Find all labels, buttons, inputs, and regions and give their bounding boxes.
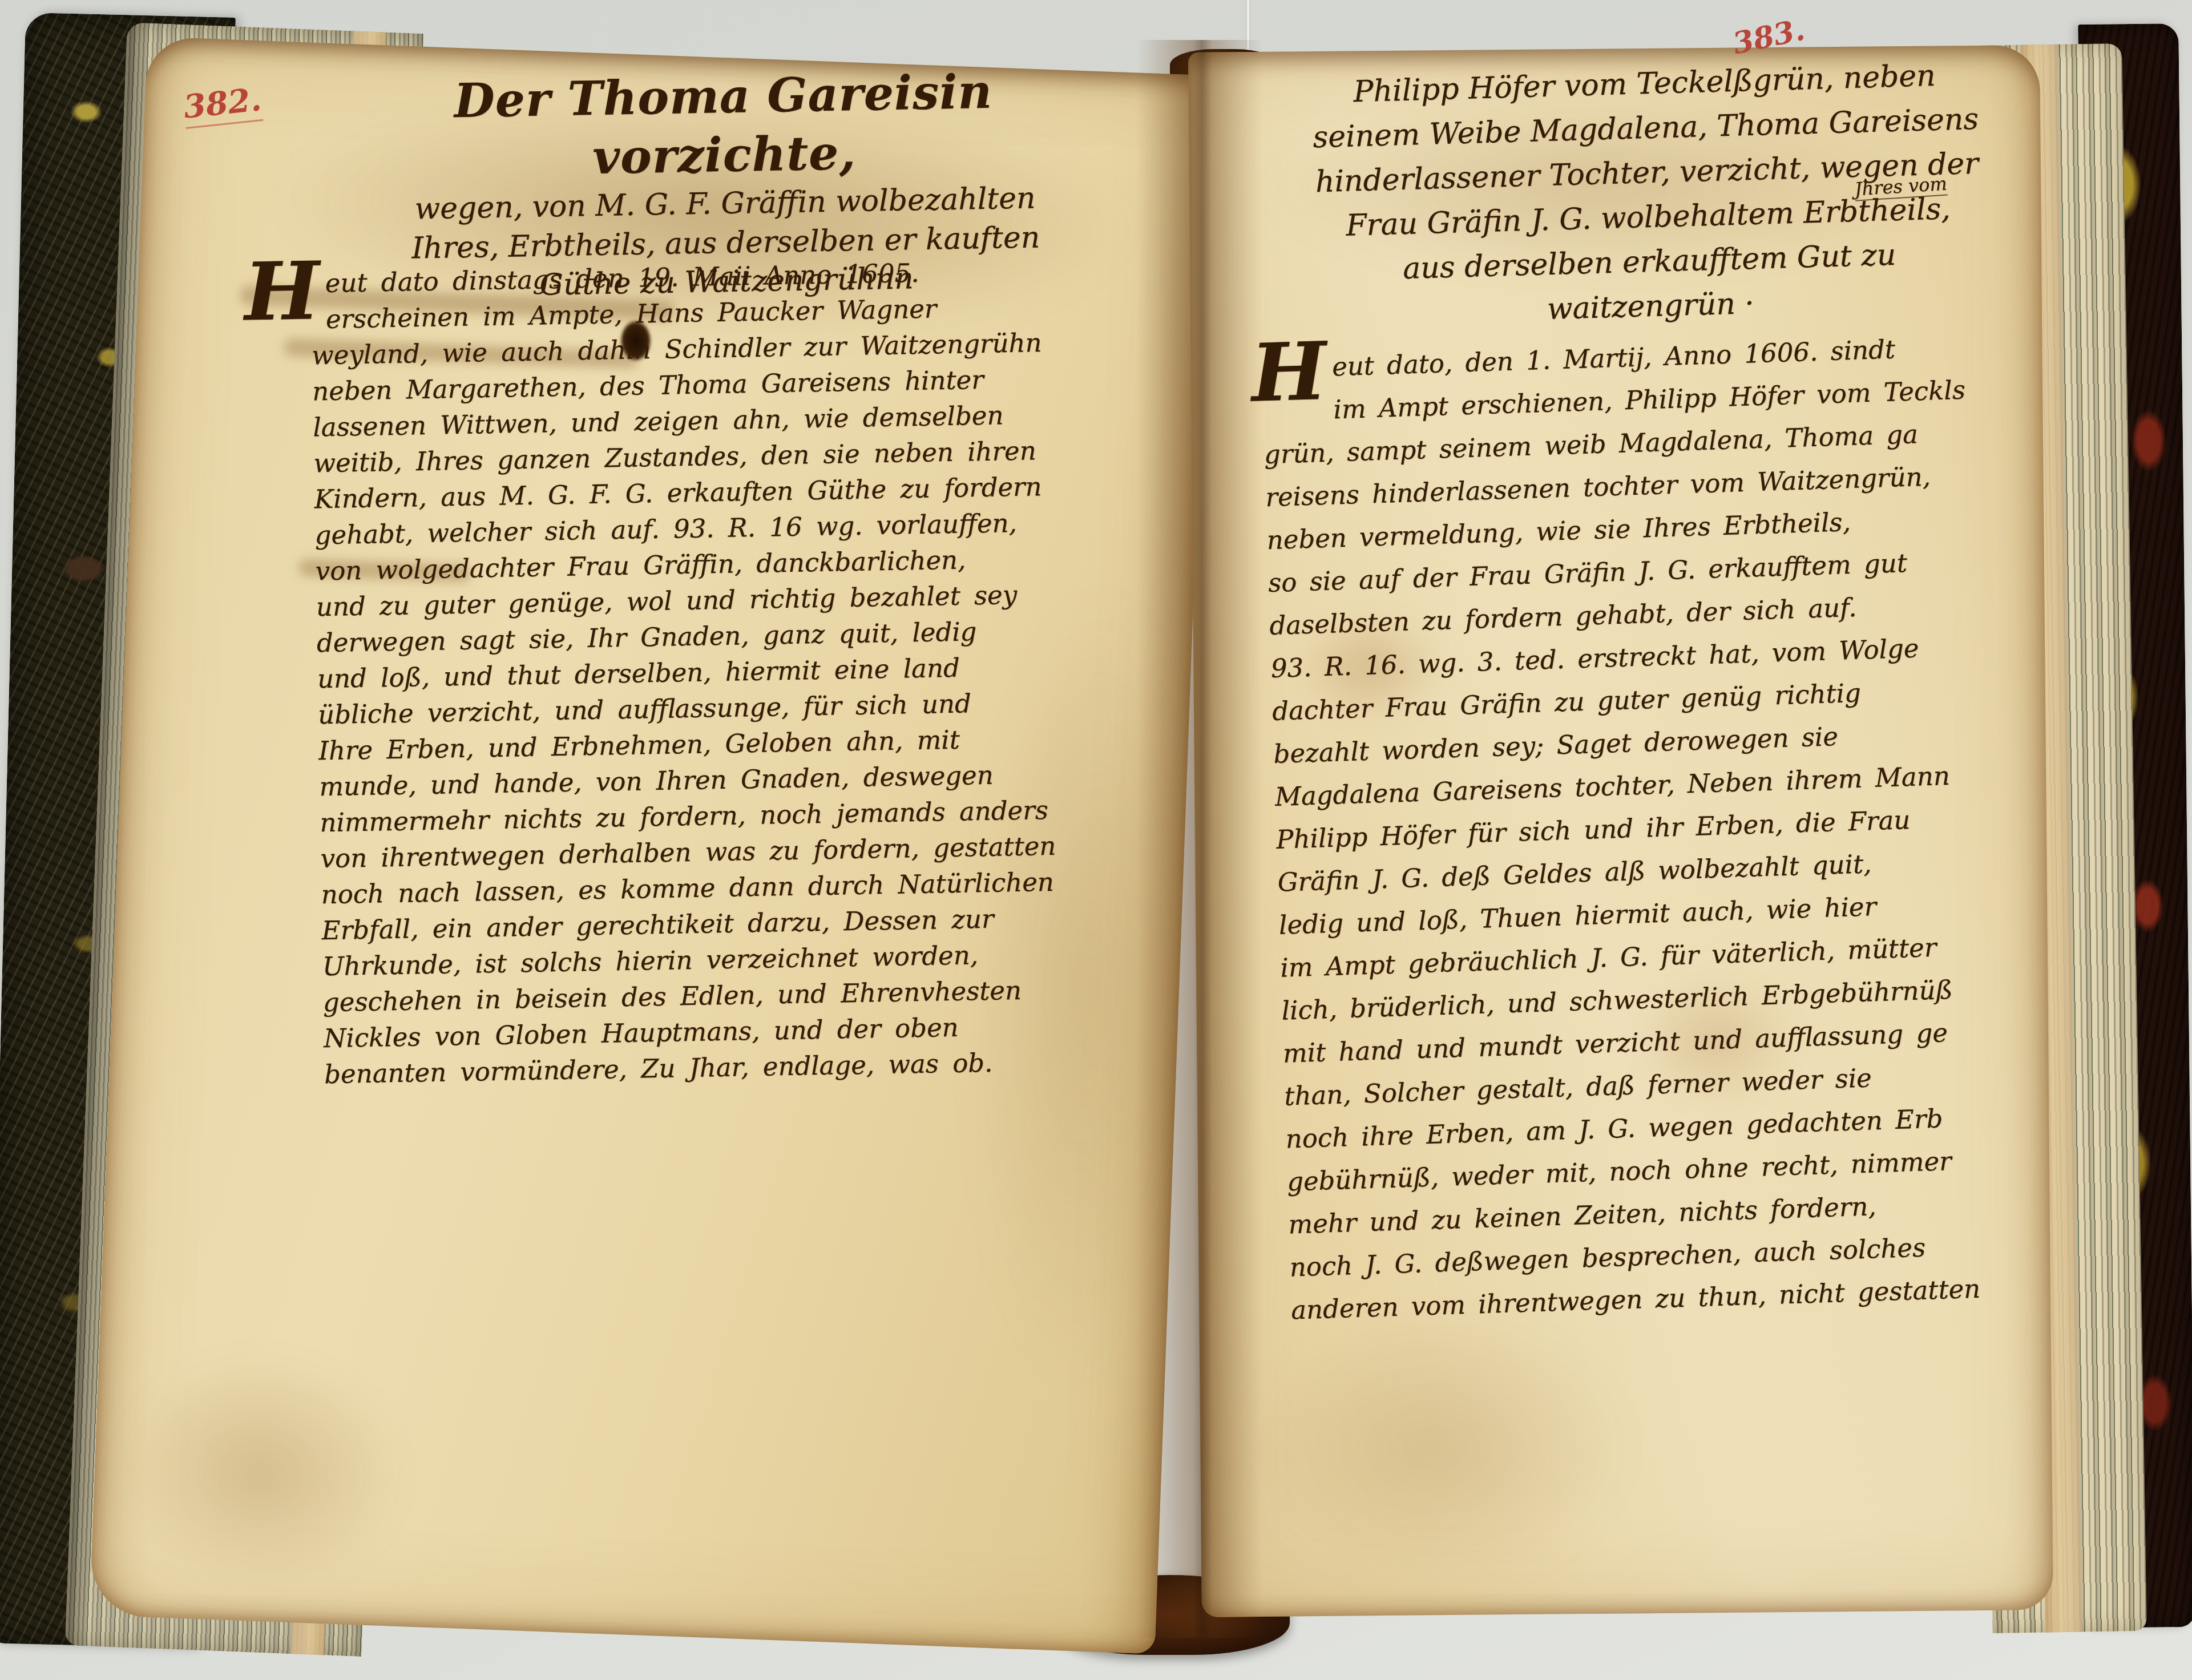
- corner-stain: [113, 1349, 407, 1599]
- left-page-body-text: Heut dato dinstags den 19. Maii Anno 160…: [310, 251, 1197, 1092]
- corner-stain: [1233, 1304, 1635, 1593]
- right-page-body-text: Heut dato, den 1. Martij, Anno 1606. sin…: [1261, 324, 2050, 1332]
- heading-title-line: Der Thoma Gareisin vorzichte,: [318, 60, 1130, 192]
- right-page-heading: Philipp Höfer vom Teckelßgrün, neben sei…: [1270, 51, 2025, 339]
- folio-number-382: 382.: [182, 80, 264, 129]
- ink-blot: [620, 320, 652, 362]
- manuscript-photo: 382. 383. Der Thoma Gareisin vorzichte, …: [0, 0, 2192, 1680]
